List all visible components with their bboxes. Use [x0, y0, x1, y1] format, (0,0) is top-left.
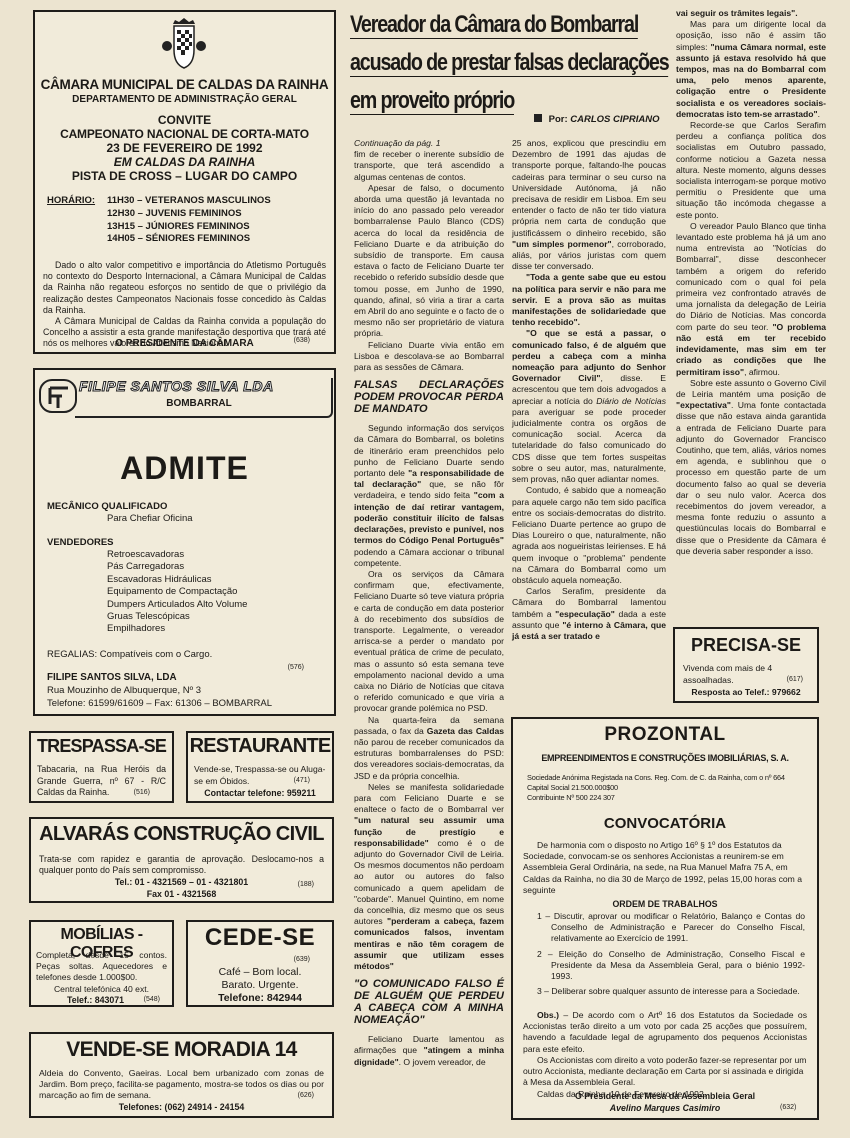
- paragraph: fim de receber o inerente subsídio de tr…: [354, 149, 504, 183]
- restaurante-contact: Contactar telefone: 959211: [188, 788, 332, 798]
- fss-logo-icon: [38, 378, 78, 414]
- subheading: "O COMUNICADO FALSO É DE ALGUÉM QUE PERD…: [354, 978, 504, 1026]
- paragraph: O vereador Paulo Blanco que tinha levant…: [676, 221, 826, 378]
- agenda-title: ORDEM DE TRABALHOS: [513, 899, 817, 909]
- mobilias-line2: Central telefónica 40 ext.: [31, 984, 172, 994]
- precisa-se-ad: PRECISA-SE Vivenda com mais de 4 assoalh…: [673, 627, 819, 703]
- event-venue: PISTA DE CROSS – LUGAR DO CAMPO: [35, 169, 334, 183]
- paragraph: Mas para um dirigente local da oposição,…: [676, 19, 826, 120]
- article-headline: Vereador da Câmara do Bombarral acusado …: [350, 6, 730, 120]
- job-mecanico: MECÂNICO QUALIFICADO: [47, 501, 167, 512]
- footer-company: FILIPE SANTOS SILVA, LDA: [47, 672, 177, 683]
- agenda-item: 1 – Discutir, aprovar ou modificar o Rel…: [537, 911, 805, 945]
- convocatoria-intro: De harmonia com o disposto no Artigo 16º…: [523, 840, 807, 896]
- cede-title: CEDE-SE: [188, 924, 332, 952]
- trespassa-se-ad: TRESPASSA-SE Tabacaria, na Rua Heróis da…: [29, 731, 174, 803]
- list-item: Pás Carregadoras: [107, 561, 247, 573]
- ad-ref: (632): [780, 1104, 796, 1111]
- alvaras-tel: Tel.: 01 - 4321569 – 01 - 4321801: [31, 877, 332, 887]
- camara-title: CÂMARA MUNICIPAL DE CALDAS DA RAINHA: [35, 77, 334, 92]
- article-column-3: vai seguir os trâmites legais". Mas para…: [676, 8, 826, 557]
- schedule-item: 11H30 – VETERANOS MASCULINOS: [107, 195, 271, 208]
- ad-ref: (471): [294, 777, 310, 784]
- paragraph: Feliciano Duarte vivia então em Lisboa e…: [354, 340, 504, 374]
- mobilias-body: Completa, desde 15 contos. Peças soltas.…: [36, 950, 167, 984]
- company-town: BOMBARRAL: [79, 398, 319, 409]
- proxy-paragraph: Os Accionistas com direito a voto poderã…: [523, 1055, 807, 1089]
- job-mecanico-sub: Para Chefiar Oficina: [107, 513, 193, 524]
- restaurante-title: RESTAURANTE: [188, 735, 332, 758]
- article-column-2: 25 anos, explicou que prescindiu em Deze…: [512, 138, 666, 642]
- job-vendedores: VENDEDORES: [47, 537, 114, 548]
- camara-department: DEPARTAMENTO DE ADMINISTRAÇÃO GERAL: [35, 94, 334, 105]
- prozontal-signer-name: Avelino Marques Casimiro: [511, 1103, 819, 1113]
- list-item: Retroescavadoras: [107, 549, 247, 561]
- convocatoria-heading: CONVOCATÓRIA: [513, 815, 817, 832]
- alvaras-body: Trata-se com rapidez e garantia de aprov…: [39, 854, 324, 876]
- filipe-santos-silva-ad: FILIPE SANTOS SILVA LDA BOMBARRAL ADMITE…: [33, 368, 336, 716]
- taxpayer-line: Contribuinte Nº 500 224 307: [527, 793, 785, 803]
- camara-para-1: Dado o alto valor competitivo e importân…: [43, 260, 326, 316]
- paragraph: "O que se está a passar, o comunicado fa…: [512, 328, 666, 485]
- precisa-contact: Resposta ao Telef.: 979662: [675, 687, 817, 697]
- paragraph: Contudo, é sabido que a nomeação para aq…: [512, 485, 666, 586]
- agenda-item: 2 – Eleição do Conselho de Administração…: [537, 949, 805, 983]
- headline-line-1: Vereador da Câmara do Bombarral: [350, 6, 662, 44]
- event-place: EM CALDAS DA RAINHA: [35, 155, 334, 169]
- paragraph: Sobre este assunto o Governo Civil de Le…: [676, 378, 826, 557]
- prozontal-signer-title: O Presidente da Mesa da Assembleia Geral: [511, 1091, 819, 1101]
- paragraph: Carlos Serafim, presidente da Câmara do …: [512, 586, 666, 642]
- prozontal-registration: Sociedade Anónima Registada na Cons. Reg…: [527, 773, 785, 803]
- ad-ref: (617): [787, 676, 803, 683]
- ad-ref: (638): [294, 337, 310, 344]
- schedule-item: 14H05 – SÉNIORES FEMININOS: [107, 233, 271, 246]
- prozontal-convocatoria-ad: PROZONTAL EMPREENDIMENTOS E CONSTRUÇÕES …: [511, 717, 819, 1120]
- convite-label: CONVITE: [35, 113, 334, 127]
- precisa-title: PRECISA-SE: [675, 635, 817, 656]
- footer-contact: Telefone: 61599/61609 – Fax: 61306 – BOM…: [47, 698, 272, 709]
- admite-headline: ADMITE: [35, 450, 334, 487]
- obs-label: Obs.): [537, 1010, 559, 1020]
- cede-line2: Barato. Urgente.: [188, 979, 332, 991]
- company-name: FILIPE SANTOS SILVA LDA: [79, 378, 274, 394]
- moradia-title: VENDE-SE MORADIA 14: [31, 1038, 332, 1062]
- paragraph: vai seguir os trâmites legais".: [676, 8, 826, 19]
- mobilias-cofres-ad: MOBÍLIAS - COFRES Completa, desde 15 con…: [29, 920, 174, 1007]
- trespassa-title: TRESPASSA-SE: [31, 736, 172, 757]
- list-item: Escavadoras Hidráulicas: [107, 574, 247, 586]
- alvaras-fax: Fax 01 - 4321568: [31, 889, 332, 899]
- subheading: FALSAS DECLARAÇÕES PODEM PROVOCAR PERDA …: [354, 379, 504, 415]
- paragraph: Na quarta-feira da semana passada, o fax…: [354, 715, 504, 782]
- list-item: Equipamento de Compactação: [107, 586, 247, 598]
- cede-line1: Café – Bom local.: [188, 966, 332, 978]
- vendedores-list: Retroescavadoras Pás Carregadoras Escava…: [107, 549, 247, 636]
- alvaras-construcao-ad: ALVARÁS CONSTRUÇÃO CIVIL Trata-se com ra…: [29, 817, 334, 903]
- cede-se-ad: CEDE-SE (639) Café – Bom local. Barato. …: [186, 920, 334, 1007]
- ad-ref: (639): [294, 956, 310, 963]
- paragraph: Apesar de falso, o documento aborda uma …: [354, 183, 504, 340]
- camara-body: Dado o alto valor competitivo e importân…: [43, 260, 326, 350]
- ad-ref: (516): [134, 789, 150, 796]
- coat-of-arms-icon: [159, 18, 209, 70]
- ad-ref: (188): [298, 881, 314, 888]
- cede-tel: Telefone: 842944: [188, 992, 332, 1004]
- ad-ref: (548): [144, 996, 160, 1003]
- schedule-list: 11H30 – VETERANOS MASCULINOS 12H30 – JUV…: [107, 195, 271, 246]
- event-date: 23 DE FEVEREIRO DE 1992: [35, 141, 334, 155]
- paragraph: Segundo informação dos serviços da Câmar…: [354, 423, 504, 569]
- prozontal-title: PROZONTAL: [513, 724, 817, 746]
- byline-author: CARLOS CIPRIANO: [570, 114, 659, 125]
- list-item: Empilhadores: [107, 623, 247, 635]
- camara-municipal-ad: CÂMARA MUNICIPAL DE CALDAS DA RAINHA DEP…: [33, 10, 336, 354]
- camara-signature: O PRESIDENTE DA CÂMARA: [35, 338, 334, 349]
- perks: REGALIAS: Compatíveis com o Cargo.: [47, 649, 212, 660]
- footer-address: Rua Mouzinho de Albuquerque, Nº 3: [47, 685, 201, 696]
- capital-line: Capital Social 21.500.000$00: [527, 783, 785, 793]
- byline-square-icon: [534, 114, 542, 122]
- byline-label: Por:: [549, 114, 568, 125]
- article-column-1: Continuação da pág. 1 fim de receber o i…: [354, 138, 504, 1068]
- paragraph: Ora os serviços da Câmara confirmam que,…: [354, 569, 504, 715]
- quote-paragraph: "Toda a gente sabe que eu estou na polít…: [512, 272, 666, 328]
- byline: Por: CARLOS CIPRIANO: [534, 114, 659, 125]
- prozontal-subtitle: EMPREENDIMENTOS E CONSTRUÇÕES IMOBILIÁRI…: [513, 753, 817, 763]
- vende-se-moradia-ad: VENDE-SE MORADIA 14 Aldeia do Convento, …: [29, 1032, 334, 1118]
- mobilias-tel: Telef.: 843071: [67, 995, 124, 1005]
- restaurante-ad: RESTAURANTE Vende-se, Trespassa-se ou Al…: [186, 731, 334, 803]
- registration-line: Sociedade Anónima Registada na Cons. Reg…: [527, 773, 785, 783]
- alvaras-title: ALVARÁS CONSTRUÇÃO CIVIL: [31, 823, 332, 846]
- schedule-item: 13H15 – JÚNIORES FEMININOS: [107, 221, 271, 234]
- continuation-note: Continuação da pág. 1: [354, 138, 504, 149]
- list-item: Gruas Telescópicas: [107, 611, 247, 623]
- list-item: Dumpers Articulados Alto Volume: [107, 599, 247, 611]
- paragraph: Recorde-se que Carlos Serafim perdeu a c…: [676, 120, 826, 221]
- moradia-tel: Telefones: (062) 24914 - 24154: [31, 1102, 332, 1112]
- schedule-item: 12H30 – JUVENIS FEMININOS: [107, 208, 271, 221]
- ad-ref: (576): [288, 664, 304, 671]
- schedule-label: HORÁRIO:: [47, 195, 95, 206]
- obs-paragraph: Obs.) – De acordo com o Artº 16 dos Esta…: [523, 1010, 807, 1055]
- ad-ref: (626): [298, 1092, 314, 1099]
- agenda-item: 3 – Deliberar sobre qualquer assunto de …: [537, 986, 805, 997]
- paragraph: Feliciano Duarte lamentou as afirmações …: [354, 1034, 504, 1068]
- moradia-body: Aldeia do Convento, Gaeiras. Local bem u…: [39, 1068, 324, 1102]
- paragraph: Neles se manifesta solidariedade para co…: [354, 782, 504, 972]
- paragraph: 25 anos, explicou que prescindiu em Deze…: [512, 138, 666, 272]
- headline-line-2: acusado de prestar falsas declarações: [350, 44, 662, 82]
- agenda-list: 1 – Discutir, aprovar ou modificar o Rel…: [537, 911, 805, 1001]
- event-name: CAMPEONATO NACIONAL DE CORTA-MATO: [35, 127, 334, 141]
